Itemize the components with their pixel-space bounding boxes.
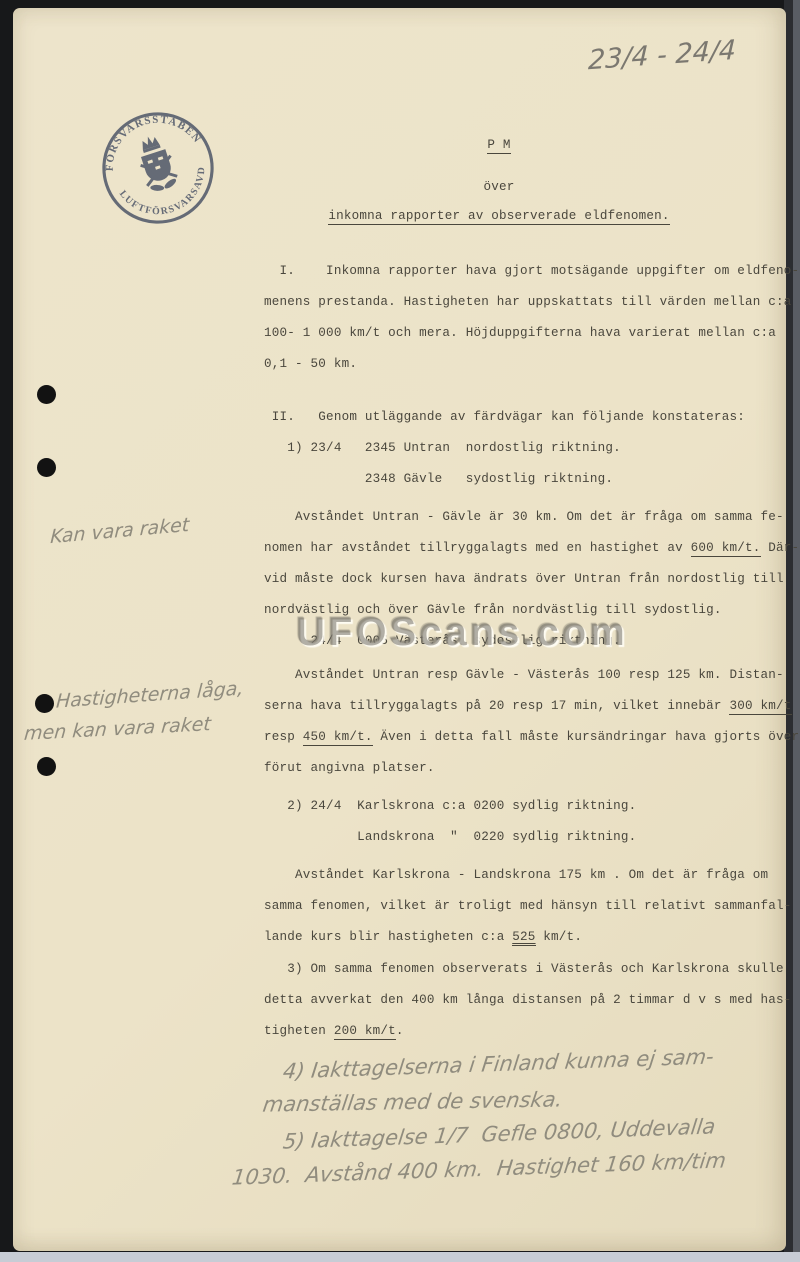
typed-segment: Även i detta fall måste kursändringar ha…	[373, 730, 800, 744]
typed-line: 0,1 - 50 km.	[264, 349, 799, 380]
typed-line: nomen har avståndet tillryggalagts med e…	[264, 533, 799, 564]
typed-line: förut angivna platser.	[264, 753, 799, 784]
typed-paragraph-5: 2) 24/4 Karlskrona c:a 0200 sydlig riktn…	[264, 791, 636, 853]
typed-line: vid måste dock kursen hava ändrats över …	[264, 564, 799, 595]
memo-subject: inkomna rapporter av observerade eldfeno…	[328, 209, 669, 225]
typed-paragraph-2: II. Genom utläggande av färdvägar kan fö…	[264, 402, 745, 495]
typed-line: Avståndet Karlskrona - Landskrona 175 km…	[264, 860, 792, 891]
typed-line: 2348 Gävle sydostlig riktning.	[264, 464, 745, 495]
typed-segment: serna hava tillryggalagts på 20 resp 17 …	[264, 699, 729, 713]
typed-line: lande kurs blir hastigheten c:a 525 km/t…	[264, 922, 792, 953]
typed-line: tigheten 200 km/t.	[264, 1016, 792, 1047]
typed-line: 3) Om samma fenomen observerats i Väster…	[264, 954, 792, 985]
typed-line: detta avverkat den 400 km långa distanse…	[264, 985, 792, 1016]
typed-paragraph-6: Avståndet Karlskrona - Landskrona 175 km…	[264, 860, 792, 953]
underlined-speed: 450 km/t.	[303, 730, 373, 746]
typed-line: Avståndet Untran - Gävle är 30 km. Om de…	[264, 502, 799, 533]
punch-hole-3	[35, 694, 54, 713]
underlined-speed: 600 km/t.	[691, 541, 761, 557]
typed-line: Avståndet Untran resp Gävle - Västerås 1…	[264, 660, 799, 691]
scan-bottom-strip	[0, 1252, 800, 1262]
punch-hole-1	[37, 385, 56, 404]
typed-line: serna hava tillryggalagts på 20 resp 17 …	[264, 691, 799, 722]
typed-line: 1) 23/4 2345 Untran nordostlig riktning.	[264, 433, 745, 464]
typed-paragraph-7: 3) Om samma fenomen observerats i Väster…	[264, 954, 792, 1047]
typed-paragraph-1: I. Inkomna rapporter hava gjort motsägan…	[264, 256, 799, 380]
memo-title-line: P M	[264, 138, 734, 152]
double-underlined-speed: 525	[512, 930, 535, 946]
typed-segment: lande kurs blir hastigheten c:a	[264, 930, 512, 944]
punch-hole-2	[37, 458, 56, 477]
typed-segment: .	[396, 1024, 404, 1038]
typed-line: samma fenomen, vilket är troligt med hän…	[264, 891, 792, 922]
typed-line: 100- 1 000 km/t och mera. Höjduppgiftern…	[264, 318, 799, 349]
memo-subtitle: över	[264, 180, 734, 194]
typed-line: II. Genom utläggande av färdvägar kan fö…	[264, 402, 745, 433]
typed-line: menens prestanda. Hastigheten har uppska…	[264, 287, 799, 318]
typed-line: 2) 24/4 Karlskrona c:a 0200 sydlig riktn…	[264, 791, 636, 822]
punch-hole-4	[37, 757, 56, 776]
underlined-speed: 300 km/t	[729, 699, 791, 715]
typed-line: I. Inkomna rapporter hava gjort motsägan…	[264, 256, 799, 287]
typed-paragraph-4: Avståndet Untran resp Gävle - Västerås 1…	[264, 660, 799, 784]
typed-segment: Där-	[761, 541, 800, 555]
watermark: UFOScans.com	[296, 610, 628, 655]
typed-line: Landskrona " 0220 sydlig riktning.	[264, 822, 636, 853]
typed-segment: resp	[264, 730, 303, 744]
stamp-emblem-icon	[133, 132, 180, 196]
memo-title: P M	[487, 138, 510, 154]
typed-line: resp 450 km/t. Även i detta fall måste k…	[264, 722, 799, 753]
typed-segment: km/t.	[536, 930, 583, 944]
memo-subject-line: inkomna rapporter av observerade eldfeno…	[264, 209, 734, 223]
typed-segment: nomen har avståndet tillryggalagts med e…	[264, 541, 691, 555]
typed-segment: tigheten	[264, 1024, 334, 1038]
underlined-speed: 200 km/t	[334, 1024, 396, 1040]
